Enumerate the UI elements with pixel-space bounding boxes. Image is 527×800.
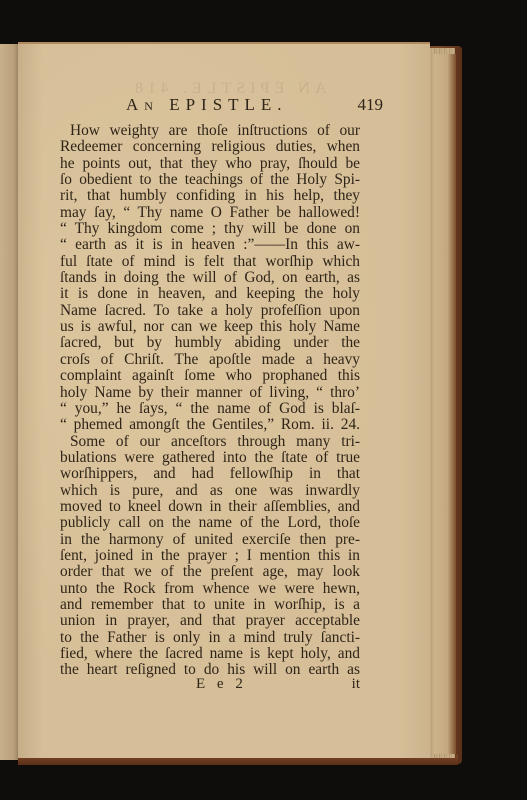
text-line: Redeemer concerning religious duties, wh… <box>60 139 360 155</box>
text-line: may ſay, “ Thy name O Father be hallowed… <box>60 205 360 221</box>
text-line: it is done in heaven, and keeping the ho… <box>60 286 360 302</box>
text-line: “ Thy kingdom come ; thy will be done on <box>60 221 360 237</box>
text-line: “ phemed amongſt the Gentiles,” Rom. ii.… <box>60 417 360 433</box>
text-line: bulations were gathered into the ſtate o… <box>60 450 360 466</box>
text-line: rit, that humbly confiding in his help, … <box>60 188 360 204</box>
text-line: fied, where the ſacred name is kept holy… <box>60 646 360 662</box>
text-line: unto the Rock from whence we were hewn, <box>60 581 360 597</box>
text-line: “ earth as it is in heaven :”——In this a… <box>60 237 360 253</box>
running-head: An EPISTLE. 419 <box>110 95 385 115</box>
text-line: moved to kneel down in their aſſemblies,… <box>60 499 360 515</box>
text-line: croſs of Chriſt. The apoſtle made a heav… <box>60 352 360 368</box>
text-line: order that we of the preſent age, may lo… <box>60 564 360 580</box>
text-line: ſent, joined in the prayer ; I mention t… <box>60 548 360 564</box>
signature-mark: E e 2 <box>196 676 247 693</box>
body-text: How weighty are thoſe inſtructions of ou… <box>60 123 360 679</box>
text-line: ſacred, but by humbly abiding under the <box>60 335 360 351</box>
text-line: publicly call on the name of the Lord, t… <box>60 515 360 531</box>
text-line: How weighty are thoſe inſtructions of ou… <box>60 123 360 139</box>
text-line: which is pure, and as one was inwardly <box>60 483 360 499</box>
text-line: worſhippers, and had fellowſhip in that <box>60 466 360 482</box>
text-line: holy Name by their manner of living, “ t… <box>60 385 360 401</box>
page-number: 419 <box>358 95 384 115</box>
text-line: Some of our anceſtors through many tri- <box>60 434 360 450</box>
page-block-right-edge <box>434 54 456 754</box>
text-line: ſo obedient to the teachings of the Holy… <box>60 172 360 188</box>
text-line: “ you,” he ſays, “ the name of God is bl… <box>60 401 360 417</box>
text-line: he points out, that they who pray, ſhoul… <box>60 156 360 172</box>
text-line: and remember that to unite in worſhip, i… <box>60 597 360 613</box>
facing-page-edge <box>0 44 20 760</box>
text-line: ſtands in doing the will of God, on eart… <box>60 270 360 286</box>
text-line: ful ſtate of mind is felt that worſhip w… <box>60 254 360 270</box>
running-title: An EPISTLE. <box>126 95 288 115</box>
text-line: in the harmony of united exerciſe then p… <box>60 532 360 548</box>
page-footer: E e 2 it <box>60 676 360 694</box>
catchword: it <box>352 676 360 693</box>
text-line: complaint againſt ſome who prophaned thi… <box>60 368 360 384</box>
book-scan: AN EPISTLE. 418 An EPISTLE. 419 How weig… <box>0 0 527 800</box>
text-line: union in prayer, and that prayer accepta… <box>60 613 360 629</box>
text-line: us is awful, nor can we keep this holy N… <box>60 319 360 335</box>
text-line: Name ſacred. To take a holy profeſſion u… <box>60 303 360 319</box>
text-line: to the Father is only in a mind truly ſa… <box>60 630 360 646</box>
